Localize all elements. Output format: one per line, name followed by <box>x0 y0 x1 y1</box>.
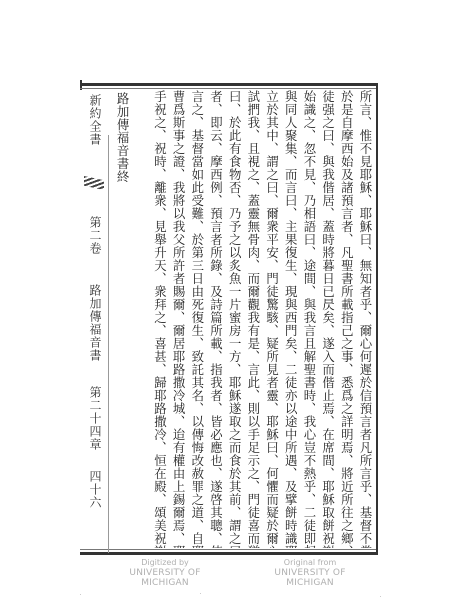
text-column: 者、即云、摩西例、預言者所錄、及詩篇所載、指我者、皆必應也、遂啓其聰、使悟諸聖書… <box>206 90 225 548</box>
watermark-line1: Original from <box>255 558 365 568</box>
text-column: 曰、於此有食物否、乃予之以炙魚一片蜜房一方、耶穌遂取之而食於其前、謂之曰、我素偕… <box>225 90 244 548</box>
scan-speck <box>380 596 381 597</box>
margin-volume: 第二卷 <box>86 216 104 255</box>
watermark-line1: Digitized by <box>110 558 220 568</box>
text-column: 立於其中、謂之曰、爾衆平安、門徒驚駭、疑所見者靈、耶穌曰、何懼而疑於爾心乎、視我… <box>262 90 281 548</box>
text-column: 始識之、忽不見、乃相語曰、途間、與我言且解聖書時、我心豈不熱乎、二徒即起而歸耶路… <box>299 90 318 548</box>
watermark-digitized-by: Digitized by UNIVERSITY OF MICHIGAN <box>110 558 220 588</box>
margin-book-title: 新約全書 <box>86 94 104 146</box>
text-column: 手祝之、祝時、離衆、見舉升天、衆拜之、喜甚、歸耶路撒冷、恒在殿、頌美祝謝神焉。亞… <box>150 90 169 548</box>
watermark-original-from: Original from UNIVERSITY OF MICHIGAN <box>255 558 365 588</box>
main-text-block: 所言、惟不見耶穌、耶穌曰、無知者乎、爾心何遲於信預言者凡所言乎、基督不當如此受難… <box>112 90 374 548</box>
text-column: 所言、惟不見耶穌、耶穌曰、無知者乎、爾心何遲於信預言者凡所言乎、基督不當如此受難… <box>355 90 374 548</box>
margin-page-number: 四十六 <box>86 470 104 509</box>
text-column: 與同人聚集、而言曰、主果復生、現與西門矣、二徒亦以途中所遇、及擘餅時識耶穌之事述… <box>281 90 300 548</box>
text-column: 曹爲斯事之證、我將以我父所許者賜爾、爾居耶路撒冷城、迨有權由上錫爾焉、耶穌導之至… <box>168 90 187 548</box>
watermark-line2: UNIVERSITY OF MICHIGAN <box>110 568 220 588</box>
margin-rule <box>108 135 109 553</box>
text-column: 於是自摩西始及諸預言者、凡聖書所載指己之事、悉爲之詳明焉、將近所往之鄉、耶穌若欲… <box>337 90 356 548</box>
text-column: 徒强之曰、與我偕居、蓋時將暮日已昃矣、遂入而偕止焉、在席間、耶穌取餅祝謝擘而予之… <box>318 90 337 548</box>
margin-book-name: 路加傳福音書 <box>86 284 104 362</box>
text-column: 言之、基督當如此受難、於第三日由死復生、致託其名、以傳悔改赦罪之道、自耶路撒冷始… <box>187 90 206 548</box>
watermark-line2: UNIVERSITY OF MICHIGAN <box>255 568 365 588</box>
text-column-blank <box>131 90 150 548</box>
scan-speck <box>200 593 201 594</box>
book-end-marker: 路加傳福音書終 <box>112 90 131 548</box>
text-column: 試捫我、且視之、蓋靈無骨肉、而爾觀我有是、言此、則以手足示之、門徒喜而猶未信、且… <box>243 90 262 548</box>
margin-chapter: 第二十四章 <box>86 386 104 451</box>
scan-speck <box>80 594 81 595</box>
